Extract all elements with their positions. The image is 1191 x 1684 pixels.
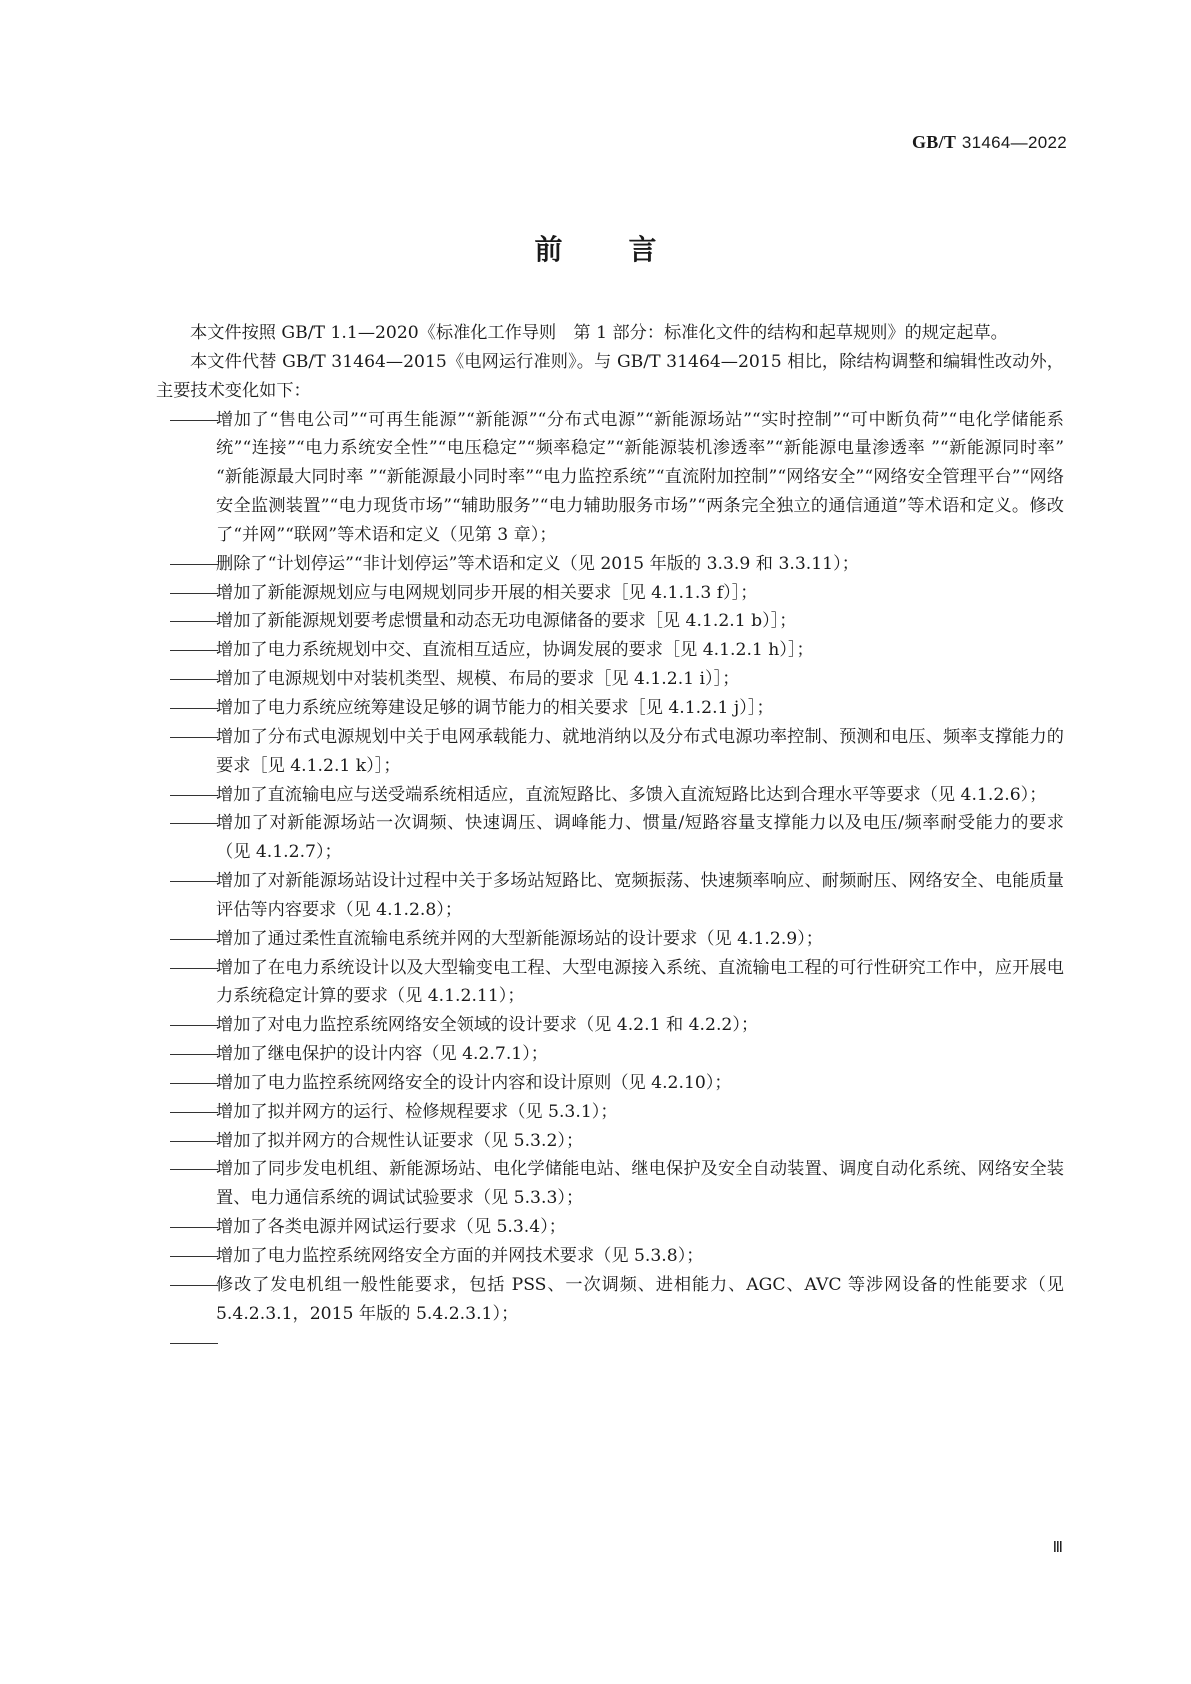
change-item: 增加了通过柔性直流输电系统并网的大型新能源场站的设计要求（见 4.1.2.9）；	[156, 925, 1064, 954]
page-number: Ⅲ	[1053, 1538, 1063, 1557]
standard-number-header: GB/T 31464—2022	[912, 132, 1067, 153]
change-item: 增加了电力系统规划中交、直流相互适应，协调发展的要求［见 4.1.2.1 h）］…	[156, 636, 1064, 665]
change-item: 增加了新能源规划应与电网规划同步开展的相关要求［见 4.1.1.3 f）］；	[156, 579, 1064, 608]
page-title: 前言	[0, 228, 1191, 268]
change-item: 修改了发电机组一般性能要求，包括 PSS、一次调频、进相能力、AGC、AVC 等…	[156, 1271, 1064, 1329]
change-item: 增加了拟并网方的运行、检修规程要求（见 5.3.1）；	[156, 1098, 1064, 1127]
change-item: 增加了电源规划中对装机类型、规模、布局的要求［见 4.1.2.1 i）］；	[156, 665, 1064, 694]
title-char-2: 言	[629, 228, 657, 268]
change-item: 增加了继电保护的设计内容（见 4.2.7.1）；	[156, 1040, 1064, 1069]
change-item: 增加了各类电源并网试运行要求（见 5.3.4）；	[156, 1213, 1064, 1242]
change-item: 增加了“售电公司”“可再生能源”“新能源”“分布式电源”“新能源场站”“实时控制…	[156, 406, 1064, 550]
change-item: 增加了电力监控系统网络安全方面的并网技术要求（见 5.3.8）；	[156, 1242, 1064, 1271]
paragraph-drafting-rules: 本文件按照 GB/T 1.1—2020《标准化工作导则 第 1 部分：标准化文件…	[156, 319, 1064, 348]
title-char-1: 前	[534, 228, 562, 268]
change-item: 增加了对新能源场站设计过程中关于多场站短路比、宽频振荡、快速频率响应、耐频耐压、…	[156, 867, 1064, 925]
change-item: 增加了对新能源场站一次调频、快速调压、调峰能力、惯量/短路容量支撑能力以及电压/…	[156, 809, 1064, 867]
change-item: 增加了电力系统应统筹建设足够的调节能力的相关要求［见 4.1.2.1 j）］；	[156, 694, 1064, 723]
standard-prefix: GB/T	[912, 132, 956, 152]
paragraph-replacement: 本文件代替 GB/T 31464—2015《电网运行准则》。与 GB/T 314…	[156, 348, 1064, 406]
change-item: 增加了拟并网方的合规性认证要求（见 5.3.2）；	[156, 1127, 1064, 1156]
change-item: 增加了对电力监控系统网络安全领域的设计要求（见 4.2.1 和 4.2.2）；	[156, 1011, 1064, 1040]
change-item: 增加了同步发电机组、新能源场站、电化学储能电站、继电保护及安全自动装置、调度自动…	[156, 1155, 1064, 1213]
change-item: 增加了电力监控系统网络安全的设计内容和设计原则（见 4.2.10）；	[156, 1069, 1064, 1098]
change-item: 增加了分布式电源规划中关于电网承载能力、就地消纳以及分布式电源功率控制、预测和电…	[156, 723, 1064, 781]
standard-number: 31464—2022	[962, 133, 1067, 152]
change-item: 增加了在电力系统设计以及大型输变电工程、大型电源接入系统、直流输电工程的可行性研…	[156, 954, 1064, 1012]
change-item: 删除了“计划停运”“非计划停运”等术语和定义（见 2015 年版的 3.3.9 …	[156, 550, 1064, 579]
change-item: 增加了直流输电应与送受端系统相适应，直流短路比、多馈入直流短路比达到合理水平等要…	[156, 781, 1064, 810]
change-item: 增加了新能源规划要考虑惯量和动态无功电源储备的要求［见 4.1.2.1 b）］；	[156, 607, 1064, 636]
foreword-body: 本文件按照 GB/T 1.1—2020《标准化工作导则 第 1 部分：标准化文件…	[156, 319, 1064, 1329]
